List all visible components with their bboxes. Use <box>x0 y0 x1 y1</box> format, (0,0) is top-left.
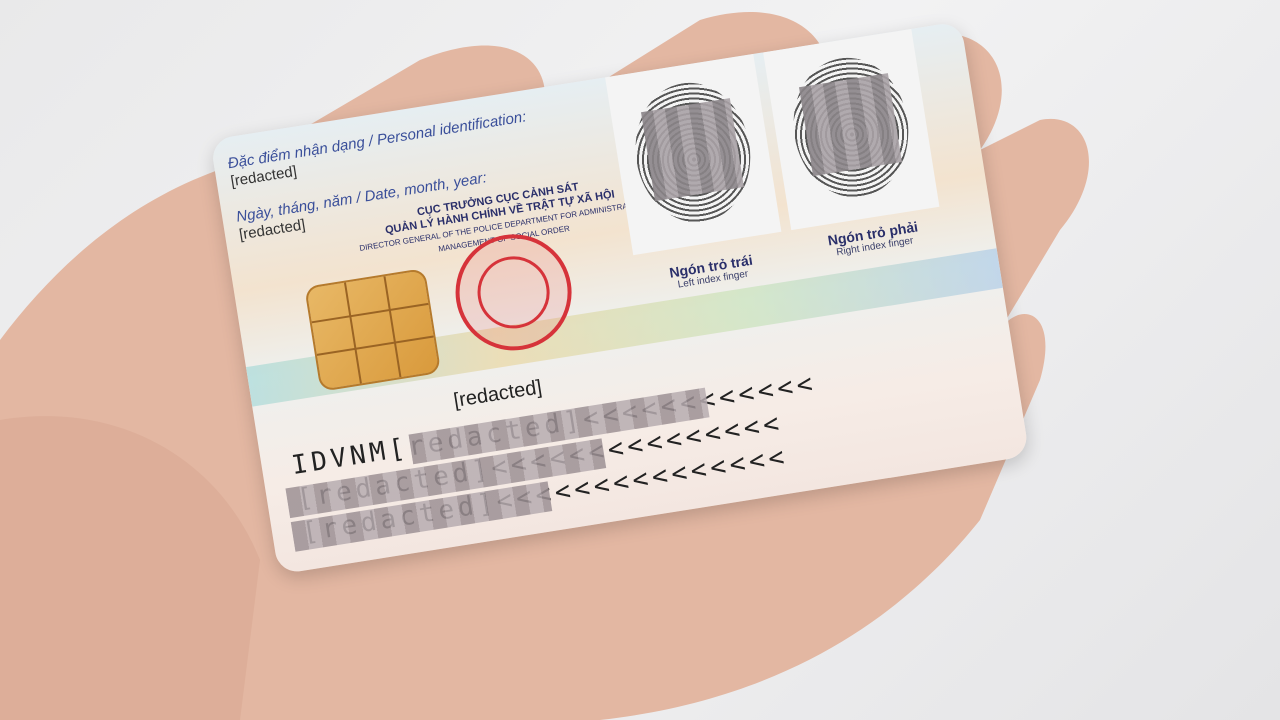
right-fingerprint <box>763 29 939 230</box>
left-fingerprint <box>605 54 781 255</box>
fingerprint-redaction <box>799 73 902 176</box>
fingerprint-redaction <box>641 98 744 201</box>
signer-name: [redacted] <box>452 376 543 413</box>
chip-icon <box>304 268 441 392</box>
